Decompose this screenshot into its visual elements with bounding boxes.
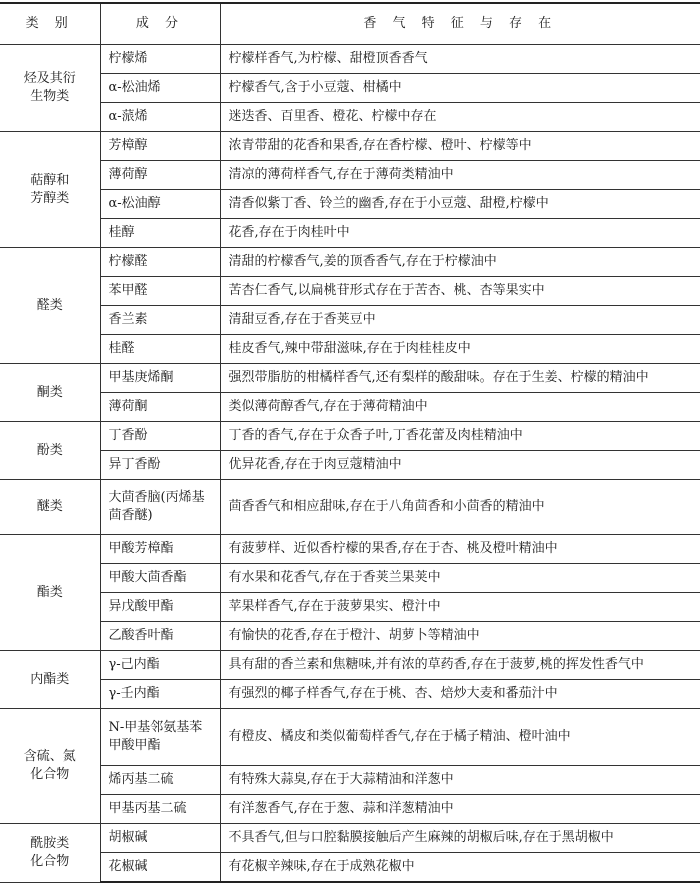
table-row: γ-壬内酯 有强烈的椰子样香气,存在于桃、杏、焙炒大麦和番茄汁中: [0, 680, 700, 709]
table-row: 酰胺类化合物 胡椒碱 不具香气,但与口腔黏膜接触后产生麻辣的胡椒后味,存在于黑胡…: [0, 824, 700, 853]
component-cell: 柠檬醛: [100, 248, 220, 277]
category-cell: 酮类: [0, 364, 100, 422]
component-cell: 桂醛: [100, 335, 220, 364]
description-cell: 不具香气,但与口腔黏膜接触后产生麻辣的胡椒后味,存在于黑胡椒中: [220, 824, 700, 853]
description-cell: 有洋葱香气,存在于葱、蒜和洋葱精油中: [220, 795, 700, 824]
description-cell: 桂皮香气,辣中带甜滋味,存在于肉桂桂皮中: [220, 335, 700, 364]
description-cell: 清凉的薄荷样香气,存在于薄荷类精油中: [220, 161, 700, 190]
table-row: α-松油醇 清香似紫丁香、铃兰的幽香,存在于小豆蔻、甜橙,柠檬中: [0, 190, 700, 219]
category-label: 酰胺类化合物: [30, 835, 70, 871]
component-cell: 花椒碱: [100, 853, 220, 880]
description-cell: 茴香香气和相应甜味,存在于八角茴香和小茴香的精油中: [220, 480, 700, 535]
category-cell: 醛类: [0, 248, 100, 364]
description-cell: 有橙皮、橘皮和类似葡萄样香气,存在于橘子精油、橙叶油中: [220, 709, 700, 766]
description-cell: 丁香的香气,存在于众香子叶,丁香花蕾及肉桂精油中: [220, 422, 700, 451]
category-cell: 醚类: [0, 480, 100, 535]
header-row: 类 别 成 分 香 气 特 征 与 存 在: [0, 3, 700, 45]
table-row: 异戊酸甲酯 苹果样香气,存在于菠萝果实、橙汁中: [0, 593, 700, 622]
description-cell: 清香似紫丁香、铃兰的幽香,存在于小豆蔻、甜橙,柠檬中: [220, 190, 700, 219]
component-cell: α-松油烯: [100, 74, 220, 103]
table-row: 桂醛 桂皮香气,辣中带甜滋味,存在于肉桂桂皮中: [0, 335, 700, 364]
description-cell: 类似薄荷醇香气,存在于薄荷精油中: [220, 393, 700, 422]
component-cell: γ-己内酯: [100, 651, 220, 680]
table-row: 醚类 大茴香脑(丙烯基茴香醚) 茴香香气和相应甜味,存在于八角茴香和小茴香的精油…: [0, 480, 700, 535]
header-category: 类 别: [0, 3, 100, 45]
description-cell: 有愉快的花香,存在于橙汁、胡萝卜等精油中: [220, 622, 700, 651]
category-cell: 酯类: [0, 535, 100, 651]
category-cell: 酚类: [0, 422, 100, 480]
table-row: 异丁香酚 优异花香,存在于肉豆蔻精油中: [0, 451, 700, 480]
category-cell: 酰胺类化合物: [0, 824, 100, 880]
table-row: 烯丙基二硫 有特殊大蒜臭,存在于大蒜精油和洋葱中: [0, 766, 700, 795]
component-cell: α-蒎烯: [100, 103, 220, 132]
table-row: 酮类 甲基庚烯酮 强烈带脂肪的柑橘样香气,还有梨样的酸甜味。存在于生姜、柠檬的精…: [0, 364, 700, 393]
table-row: α-松油烯 柠檬香气,含于小豆蔻、柑橘中: [0, 74, 700, 103]
component-cell: 烯丙基二硫: [100, 766, 220, 795]
table-row: 酚类 丁香酚 丁香的香气,存在于众香子叶,丁香花蕾及肉桂精油中: [0, 422, 700, 451]
component-cell: 香兰素: [100, 306, 220, 335]
description-cell: 清甜豆香,存在于香荚豆中: [220, 306, 700, 335]
header-component: 成 分: [100, 3, 220, 45]
component-cell: 芳樟醇: [100, 132, 220, 161]
table-row: 酯类 甲酸芳樟酯 有菠萝样、近似香柠檬的果香,存在于杏、桃及橙叶精油中: [0, 535, 700, 564]
component-cell: N-甲基邻氨基苯甲酸甲酯: [100, 709, 220, 766]
table-row: 苯甲醛 苦杏仁香气,以扁桃苷形式存在于苦杏、桃、杏等果实中: [0, 277, 700, 306]
table-row: 乙酸香叶酯 有愉快的花香,存在于橙汁、胡萝卜等精油中: [0, 622, 700, 651]
category-label: 含硫、氮化合物: [23, 748, 77, 784]
table-row: 醛类 柠檬醛 清甜的柠檬香气,姜的顶香香气,存在于柠檬油中: [0, 248, 700, 277]
category-label: 烃及其衍生物类: [19, 70, 81, 106]
component-cell: 胡椒碱: [100, 824, 220, 853]
description-cell: 清甜的柠檬香气,姜的顶香香气,存在于柠檬油中: [220, 248, 700, 277]
description-cell: 柠檬香气,含于小豆蔻、柑橘中: [220, 74, 700, 103]
table-row: 萜醇和芳醇类 芳樟醇 浓青带甜的花香和果香,存在香柠檬、橙叶、柠檬等中: [0, 132, 700, 161]
component-cell: 甲酸芳樟酯: [100, 535, 220, 564]
description-cell: 有花椒辛辣味,存在于成熟花椒中: [220, 853, 700, 880]
description-cell: 强烈带脂肪的柑橘样香气,还有梨样的酸甜味。存在于生姜、柠檬的精油中: [220, 364, 700, 393]
component-cell: 薄荷醇: [100, 161, 220, 190]
component-cell: 丁香酚: [100, 422, 220, 451]
description-cell: 有水果和花香气,存在于香荚兰果荚中: [220, 564, 700, 593]
description-cell: 花香,存在于肉桂叶中: [220, 219, 700, 248]
table-row: 薄荷醇 清凉的薄荷样香气,存在于薄荷类精油中: [0, 161, 700, 190]
description-cell: 有特殊大蒜臭,存在于大蒜精油和洋葱中: [220, 766, 700, 795]
table-row: 花椒碱 有花椒辛辣味,存在于成熟花椒中: [0, 853, 700, 880]
table-row: 甲基丙基二硫 有洋葱香气,存在于葱、蒜和洋葱精油中: [0, 795, 700, 824]
description-cell: 浓青带甜的花香和果香,存在香柠檬、橙叶、柠檬等中: [220, 132, 700, 161]
category-cell: 含硫、氮化合物: [0, 709, 100, 824]
component-cell: 甲基庚烯酮: [100, 364, 220, 393]
table-row: 桂醇 花香,存在于肉桂叶中: [0, 219, 700, 248]
header-description: 香 气 特 征 与 存 在: [220, 3, 700, 45]
description-cell: 柠檬样香气,为柠檬、甜橙顶香香气: [220, 45, 700, 74]
table-row: 香兰素 清甜豆香,存在于香荚豆中: [0, 306, 700, 335]
component-cell: 苯甲醛: [100, 277, 220, 306]
description-cell: 苹果样香气,存在于菠萝果实、橙汁中: [220, 593, 700, 622]
component-cell: 柠檬烯: [100, 45, 220, 74]
table-row: 薄荷酮 类似薄荷醇香气,存在于薄荷精油中: [0, 393, 700, 422]
description-cell: 苦杏仁香气,以扁桃苷形式存在于苦杏、桃、杏等果实中: [220, 277, 700, 306]
description-cell: 优异花香,存在于肉豆蔻精油中: [220, 451, 700, 480]
table-row: α-蒎烯 迷迭香、百里香、橙花、柠檬中存在: [0, 103, 700, 132]
component-cell: 薄荷酮: [100, 393, 220, 422]
description-cell: 有菠萝样、近似香柠檬的果香,存在于杏、桃及橙叶精油中: [220, 535, 700, 564]
table-row: 烃及其衍生物类 柠檬烯 柠檬样香气,为柠檬、甜橙顶香香气: [0, 45, 700, 74]
component-cell: γ-壬内酯: [100, 680, 220, 709]
description-cell: 具有甜的香兰素和焦糖味,并有浓的草药香,存在于菠萝,桃的挥发性香气中: [220, 651, 700, 680]
component-cell: 异丁香酚: [100, 451, 220, 480]
aroma-components-table: 类 别 成 分 香 气 特 征 与 存 在 烃及其衍生物类 柠檬烯 柠檬样香气,…: [0, 2, 700, 879]
category-cell: 萜醇和芳醇类: [0, 132, 100, 248]
component-cell: 乙酸香叶酯: [100, 622, 220, 651]
component-cell: 桂醇: [100, 219, 220, 248]
table-row: 内酯类 γ-己内酯 具有甜的香兰素和焦糖味,并有浓的草药香,存在于菠萝,桃的挥发…: [0, 651, 700, 680]
component-cell: 异戊酸甲酯: [100, 593, 220, 622]
category-cell: 烃及其衍生物类: [0, 45, 100, 132]
component-cell: 甲酸大茴香酯: [100, 564, 220, 593]
component-cell: 大茴香脑(丙烯基茴香醚): [100, 480, 220, 535]
component-cell: α-松油醇: [100, 190, 220, 219]
component-cell: 甲基丙基二硫: [100, 795, 220, 824]
table-row: 含硫、氮化合物 N-甲基邻氨基苯甲酸甲酯 有橙皮、橘皮和类似葡萄样香气,存在于橘…: [0, 709, 700, 766]
description-cell: 迷迭香、百里香、橙花、柠檬中存在: [220, 103, 700, 132]
category-label: 萜醇和芳醇类: [25, 172, 75, 208]
description-cell: 有强烈的椰子样香气,存在于桃、杏、焙炒大麦和番茄汁中: [220, 680, 700, 709]
category-cell: 内酯类: [0, 651, 100, 709]
table-row: 甲酸大茴香酯 有水果和花香气,存在于香荚兰果荚中: [0, 564, 700, 593]
